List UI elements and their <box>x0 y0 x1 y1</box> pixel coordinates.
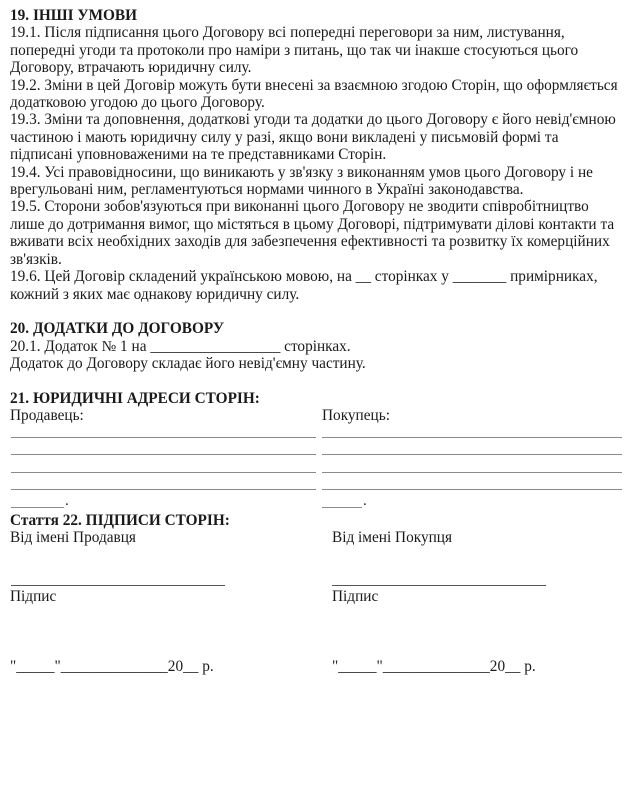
buyer-address-blank <box>322 507 362 508</box>
clause-line: 19.6. Цей Договір складений українською … <box>10 268 622 285</box>
clause-line: Договору, втрачають юридичну силу. <box>10 59 622 76</box>
clause-line: лише до дотримання вимог, що містяться в… <box>10 216 622 233</box>
seller-on-behalf: Від імені Продавця <box>10 529 136 546</box>
seller-address-blank <box>11 472 316 473</box>
buyer-signature-line <box>332 585 546 586</box>
clause-line: врегульовані ним, регламентуються нормам… <box>10 181 622 198</box>
clause-line: 19.4. Усі правовідносини, що виникають у… <box>10 164 622 181</box>
contract-page: 19. ІНШІ УМОВИ 19.1. Після підписання ць… <box>10 7 622 546</box>
buyer-date: "_____"______________20__ р. <box>332 658 536 675</box>
seller-address-terminator: . <box>65 493 69 510</box>
clause-line: 19.2. Зміни в цей Договір можуть бути вн… <box>10 77 622 94</box>
clause-line: підписані уповноваженими на те представн… <box>10 146 622 163</box>
buyer-address-terminator: . <box>363 493 367 510</box>
section-20-title: 20. ДОДАТКИ ДО ДОГОВОРУ <box>10 320 622 337</box>
clause-line: вживати всіх необхідних заходів для забе… <box>10 233 622 250</box>
buyer-address-blank <box>322 489 622 490</box>
clause-line: 20.1. Додаток № 1 на _________________ с… <box>10 338 622 355</box>
seller-signature-line <box>11 585 225 586</box>
address-line <box>10 459 622 476</box>
address-line <box>10 425 622 442</box>
buyer-signature-label: Підпис <box>332 588 378 605</box>
seller-signature-label: Підпис <box>10 588 56 605</box>
seller-address-blank <box>11 437 316 438</box>
buyer-address-blank <box>322 437 622 438</box>
clause-line: зв'язків. <box>10 251 622 268</box>
clause-line: кожний з яких має однакову юридичну силу… <box>10 286 622 303</box>
clause-line: частиною і мають юридичну силу у разі, я… <box>10 129 622 146</box>
clause-line: Додаток до Договору складає його невід'є… <box>10 355 622 372</box>
buyer-address-blank <box>322 472 622 473</box>
seller-address-blank <box>11 454 316 455</box>
clause-line: попередні угоди та протоколи про наміри … <box>10 42 622 59</box>
buyer-label: Покупець: <box>322 407 390 424</box>
clause-line: 19.5. Сторони зобов'язуються при виконан… <box>10 198 622 215</box>
address-line <box>10 477 622 494</box>
seller-address-blank <box>11 507 64 508</box>
buyer-on-behalf: Від імені Покупця <box>332 529 452 546</box>
address-line <box>10 442 622 459</box>
section-21-title: 21. ЮРИДИЧНІ АДРЕСИ СТОРІН: <box>10 390 622 407</box>
seller-date: "_____"______________20__ р. <box>10 658 214 675</box>
section-19-title: 19. ІНШІ УМОВИ <box>10 7 622 24</box>
address-line-end: . . <box>10 494 622 511</box>
buyer-address-blank <box>322 454 622 455</box>
clause-line: 19.1. Після підписання цього Договору вс… <box>10 24 622 41</box>
section-22-title: Стаття 22. ПІДПИСИ СТОРІН: <box>10 512 622 529</box>
clause-line: додатковою угодою до цього Договору. <box>10 94 622 111</box>
seller-address-blank <box>11 489 316 490</box>
seller-label: Продавець: <box>10 407 84 424</box>
clause-line: 19.3. Зміни та доповнення, додаткові уго… <box>10 111 622 128</box>
